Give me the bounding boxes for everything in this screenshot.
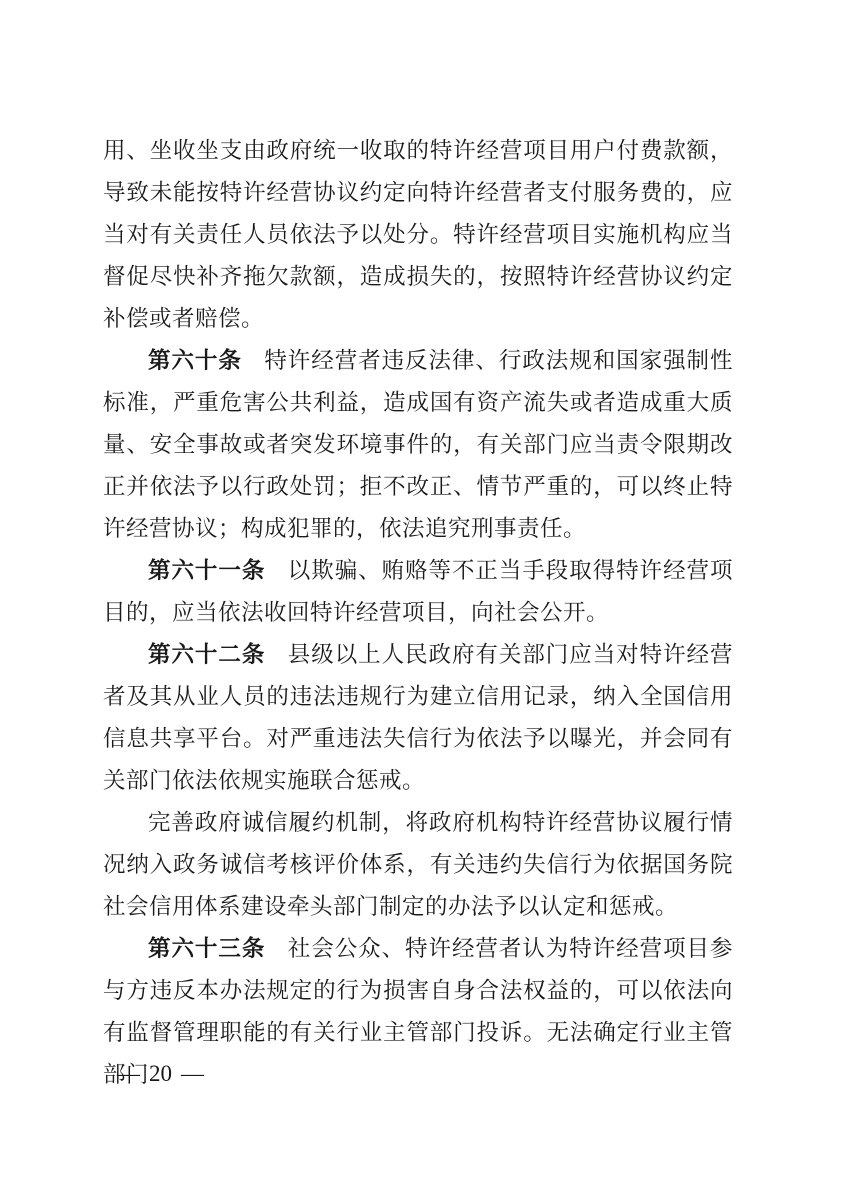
paragraph-text: 完善政府诚信履约机制，将政府机构特许经营协议履行情况纳入政务诚信考核评价体系，有… [103,810,733,919]
document-body: 用、坐收坐支由政府统一收取的特许经营项目用户付费款额，导致未能按特许经营协议约定… [103,130,733,1096]
article-number: 第六十条 [148,348,242,373]
document-page: 用、坐收坐支由政府统一收取的特许经营项目用户付费款额，导致未能按特许经营协议约定… [0,0,842,1191]
article-number: 第六十一条 [148,558,265,583]
paragraph: 完善政府诚信履约机制，将政府机构特许经营协议履行情况纳入政务诚信考核评价体系，有… [103,802,733,928]
paragraph-text: 用、坐收坐支由政府统一收取的特许经营项目用户付费款额，导致未能按特许经营协议约定… [103,138,733,331]
footer-left-dash: — [117,1057,140,1091]
paragraph-text: 特许经营者违反法律、行政法规和国家强制性标准，严重危害公共利益，造成国有资产流失… [103,348,733,541]
article-number: 第六十二条 [148,642,265,667]
paragraph: 用、坐收坐支由政府统一收取的特许经营项目用户付费款额，导致未能按特许经营协议约定… [103,130,733,340]
article-number: 第六十三条 [148,936,265,961]
paragraph: 第六十二条县级以上人民政府有关部门应当对特许经营者及其从业人员的违法违规行为建立… [103,634,733,802]
footer-right-dash: — [181,1057,204,1091]
page-number: 20 [149,1057,172,1091]
page-footer: — 20 — [117,1057,204,1091]
paragraph: 第六十一条以欺骗、贿赂等不正当手段取得特许经营项目的，应当依法收回特许经营项目，… [103,550,733,634]
paragraph: 第六十条特许经营者违反法律、行政法规和国家强制性标准，严重危害公共利益，造成国有… [103,340,733,550]
